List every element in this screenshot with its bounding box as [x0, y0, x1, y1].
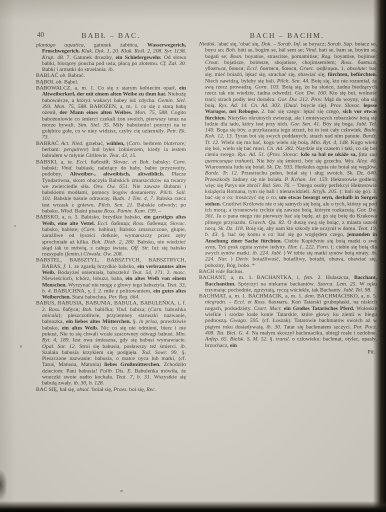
paper-speck: [120, 490, 123, 492]
dictionary-entry: BABSTEL, BABSZTYL, BABSZTYCH, BABSZTRYCH…: [36, 257, 186, 300]
scanned-dictionary-page: 40 BABŁ – BAC. BACH – BACHM. plantago aq…: [0, 0, 386, 512]
dictionary-entry: BABSKI, a, ie. Eccl. бабскiй; Slovac. et…: [36, 159, 186, 214]
scan-edge-shadow-bottom: [0, 501, 386, 512]
running-head-left: BABŁ – BAC.: [36, 31, 186, 40]
dictionary-entry: BACHMAT, a, m. 1. BACHMACIK, a, m. 1. de…: [199, 293, 377, 348]
dictionary-entry: Niedok. 'abać się, 'obać się, Dok. – Sor…: [199, 41, 377, 268]
catchword: Pił.: [199, 349, 377, 355]
dictionary-entry: BAC SIĘ, bał się, obsol. 'boiał się, Pra…: [36, 386, 186, 392]
paper-speck: [14, 225, 16, 227]
ink-smudge: [0, 470, 7, 500]
dictionary-entry: BABSKO, a, n. 3. Babisko, brzydkie babsk…: [36, 214, 186, 257]
dictionary-entry: BABUS, BABUSIA, BABUNIA, BABULA, BABULEŃ…: [36, 300, 186, 386]
dictionary-entry: plantago aquatica, gatunek żabińca, Wass…: [36, 42, 186, 73]
right-column-text: Niedok. 'abać się, 'obać się, Dok. – Sor…: [199, 41, 377, 355]
scan-gutter-shadow-right: [373, 0, 386, 512]
paper-speck: [20, 345, 22, 348]
running-head-right: BACH – BACHM.: [199, 31, 375, 40]
left-column: plantago aquatica, gatunek żabińca, Wass…: [36, 42, 186, 463]
left-column-text: plantago aquatica, gatunek żabińca, Wass…: [36, 42, 186, 392]
dictionary-entry: BACHANT, a, m. 1. BACHANTKA, i, fem. 2. …: [199, 275, 377, 293]
right-column: Niedok. 'abać się, 'obać się, Dok. – Sor…: [199, 41, 377, 465]
dictionary-entry: BABOWALCZ, a, m. 1. Co się z starym kobi…: [36, 85, 186, 140]
dictionary-entry: BABRAĆ Act. Nied. grzebać, wühlen, (Carn…: [36, 140, 186, 158]
